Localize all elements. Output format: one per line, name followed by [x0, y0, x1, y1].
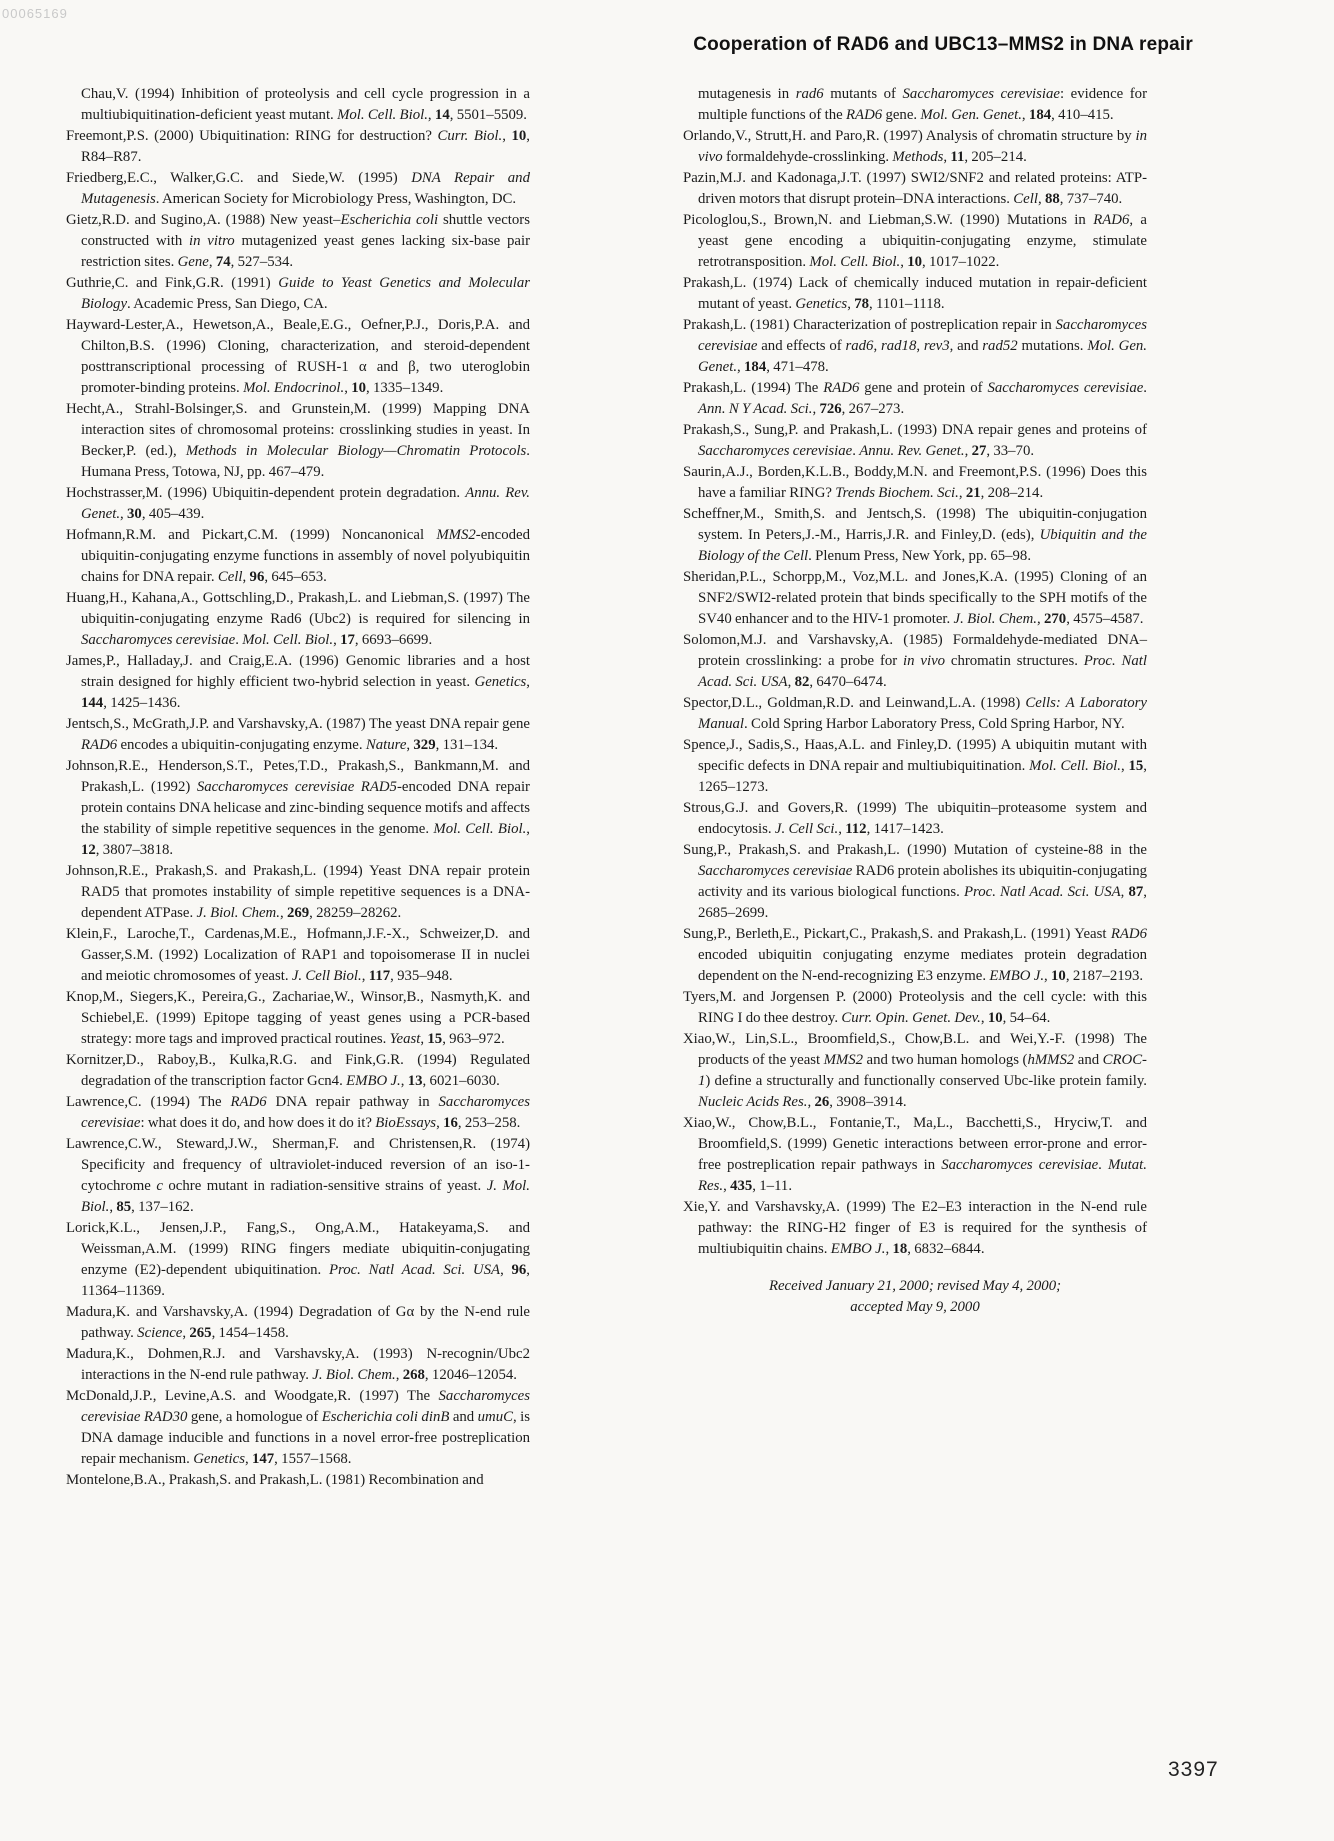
reference-entry: Picologlou,S., Brown,N. and Liebman,S.W.… [683, 210, 1147, 273]
reference-entry: McDonald,J.P., Levine,A.S. and Woodgate,… [66, 1386, 530, 1470]
reference-entry: Sung,P., Berleth,E., Pickart,C., Prakash… [683, 924, 1147, 987]
reference-entry: Chau,V. (1994) Inhibition of proteolysis… [66, 84, 530, 126]
received-dates: Received January 21, 2000; revised May 4… [683, 1276, 1147, 1318]
reference-entry: Lawrence,C.W., Steward,J.W., Sherman,F. … [66, 1134, 530, 1218]
reference-entry: Johnson,R.E., Prakash,S. and Prakash,L. … [66, 861, 530, 924]
reference-entry: Gietz,R.D. and Sugino,A. (1988) New yeas… [66, 210, 530, 273]
reference-entry: Klein,F., Laroche,T., Cardenas,M.E., Hof… [66, 924, 530, 987]
reference-entry: Hochstrasser,M. (1996) Ubiquitin-depende… [66, 483, 530, 525]
reference-entry: Friedberg,E.C., Walker,G.C. and Siede,W.… [66, 168, 530, 210]
reference-entry: James,P., Halladay,J. and Craig,E.A. (19… [66, 651, 530, 714]
scan-number: 00065169 [2, 6, 68, 21]
reference-entry: Jentsch,S., McGrath,J.P. and Varshavsky,… [66, 714, 530, 756]
reference-entry: Prakash,L. (1974) Lack of chemically ind… [683, 273, 1147, 315]
reference-entry: Xie,Y. and Varshavsky,A. (1999) The E2–E… [683, 1197, 1147, 1260]
references-column-right: mutagenesis in rad6 mutants of Saccharom… [683, 84, 1147, 1260]
reference-entry: Lorick,K.L., Jensen,J.P., Fang,S., Ong,A… [66, 1218, 530, 1302]
running-head-title: Cooperation of RAD6 and UBC13–MMS2 in DN… [693, 34, 1193, 56]
reference-entry: Tyers,M. and Jorgensen P. (2000) Proteol… [683, 987, 1147, 1029]
received-line-2: accepted May 9, 2000 [683, 1297, 1147, 1318]
reference-entry: Knop,M., Siegers,K., Pereira,G., Zachari… [66, 987, 530, 1050]
reference-entry: Montelone,B.A., Prakash,S. and Prakash,L… [66, 1470, 530, 1491]
references-column-right-wrap: mutagenesis in rad6 mutants of Saccharom… [683, 84, 1147, 1491]
reference-entry: Spence,J., Sadis,S., Haas,A.L. and Finle… [683, 735, 1147, 798]
reference-entry: Guthrie,C. and Fink,G.R. (1991) Guide to… [66, 273, 530, 315]
reference-entry: Lawrence,C. (1994) The RAD6 DNA repair p… [66, 1092, 530, 1134]
reference-entry: Hayward-Lester,A., Hewetson,A., Beale,E.… [66, 315, 530, 399]
reference-entry: Huang,H., Kahana,A., Gottschling,D., Pra… [66, 588, 530, 651]
references-column-left: Chau,V. (1994) Inhibition of proteolysis… [66, 84, 530, 1491]
reference-entry: Madura,K. and Varshavsky,A. (1994) Degra… [66, 1302, 530, 1344]
reference-entry: Saurin,A.J., Borden,K.L.B., Boddy,M.N. a… [683, 462, 1147, 504]
reference-entry: Hofmann,R.M. and Pickart,C.M. (1999) Non… [66, 525, 530, 588]
reference-entry: Xiao,W., Lin,S.L., Broomfield,S., Chow,B… [683, 1029, 1147, 1113]
reference-entry: Strous,G.J. and Govers,R. (1999) The ubi… [683, 798, 1147, 840]
references-section: Chau,V. (1994) Inhibition of proteolysis… [66, 84, 1147, 1491]
journal-page: 00065169 Cooperation of RAD6 and UBC13–M… [0, 0, 1334, 1841]
reference-entry: Madura,K., Dohmen,R.J. and Varshavsky,A.… [66, 1344, 530, 1386]
reference-entry: mutagenesis in rad6 mutants of Saccharom… [683, 84, 1147, 126]
reference-entry: Sung,P., Prakash,S. and Prakash,L. (1990… [683, 840, 1147, 924]
reference-entry: Prakash,S., Sung,P. and Prakash,L. (1993… [683, 420, 1147, 462]
reference-entry: Prakash,L. (1994) The RAD6 gene and prot… [683, 378, 1147, 420]
reference-entry: Hecht,A., Strahl-Bolsinger,S. and Grunst… [66, 399, 530, 483]
page-number: 3397 [1168, 1758, 1219, 1782]
reference-entry: Xiao,W., Chow,B.L., Fontanie,T., Ma,L., … [683, 1113, 1147, 1197]
received-line-1: Received January 21, 2000; revised May 4… [683, 1276, 1147, 1297]
reference-entry: Spector,D.L., Goldman,R.D. and Leinwand,… [683, 693, 1147, 735]
reference-entry: Solomon,M.J. and Varshavsky,A. (1985) Fo… [683, 630, 1147, 693]
reference-entry: Pazin,M.J. and Kadonaga,J.T. (1997) SWI2… [683, 168, 1147, 210]
reference-entry: Kornitzer,D., Raboy,B., Kulka,R.G. and F… [66, 1050, 530, 1092]
reference-entry: Johnson,R.E., Henderson,S.T., Petes,T.D.… [66, 756, 530, 861]
reference-entry: Orlando,V., Strutt,H. and Paro,R. (1997)… [683, 126, 1147, 168]
reference-entry: Prakash,L. (1981) Characterization of po… [683, 315, 1147, 378]
reference-entry: Sheridan,P.L., Schorpp,M., Voz,M.L. and … [683, 567, 1147, 630]
reference-entry: Freemont,P.S. (2000) Ubiquitination: RIN… [66, 126, 530, 168]
reference-entry: Scheffner,M., Smith,S. and Jentsch,S. (1… [683, 504, 1147, 567]
